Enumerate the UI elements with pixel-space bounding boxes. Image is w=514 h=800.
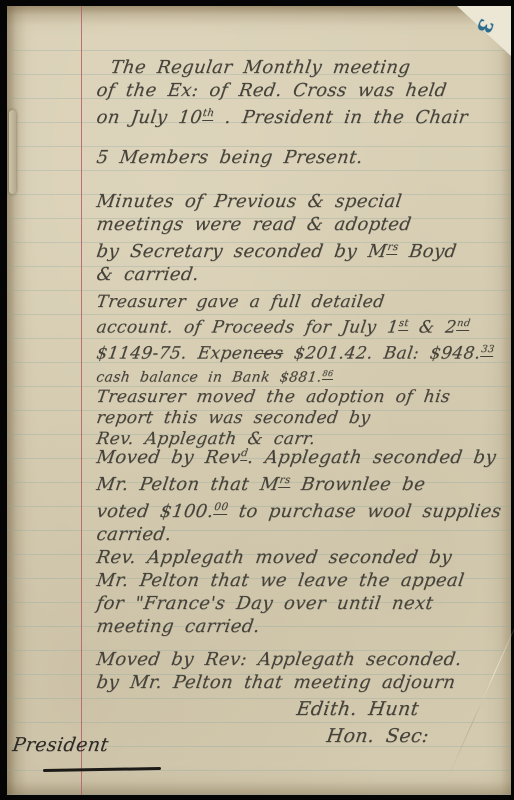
handwritten-line: meeting carried.: [95, 615, 506, 638]
handwritten-line: Rev. Applegath moved seconded by: [95, 546, 506, 569]
handwritten-line: Mr. Pelton that we leave the appeal: [95, 569, 506, 592]
handwritten-line: 5 Members being Present.: [95, 146, 506, 169]
handwritten-line: Treasurer moved the adoption of his: [95, 387, 506, 408]
handwritten-line: meetings were read & adopted: [95, 213, 506, 236]
handwritten-line: on July 10th . President in the Chair: [95, 102, 507, 129]
handwritten-line: Moved by Rev: Applegath seconded.: [95, 648, 506, 671]
paragraph-president: President: [11, 734, 503, 757]
handwritten-line: Moved by Revd. Applegath seconded by: [95, 442, 507, 469]
notebook-page: 3 The Regular Monthly meetingof the Ex: …: [7, 6, 511, 795]
page-text: The Regular Monthly meetingof the Ex: of…: [7, 6, 511, 795]
handwritten-line: Treasurer gave a full detailed: [95, 292, 506, 313]
handwritten-line: voted $100.00 to purchase wool supplies: [95, 496, 507, 523]
handwritten-line: for "France's Day over until next: [95, 592, 506, 615]
paragraph-minutes-adopted: Minutes of Previous & specialmeetings we…: [95, 190, 503, 286]
handwritten-line: account. of Proceeds for July 1st & 2nd: [95, 313, 507, 339]
handwritten-line: report this was seconded by: [95, 408, 506, 429]
handwritten-line: The Regular Monthly meeting: [109, 56, 506, 79]
handwritten-line: Mr. Pelton that Mrs Brownlee be: [95, 469, 507, 496]
paragraph-treasurer-report: Treasurer gave a full detailedaccount. o…: [95, 292, 503, 450]
handwritten-line: by Secretary seconded by Mrs Boyd: [95, 236, 507, 263]
paragraph-attendance: 5 Members being Present.: [95, 146, 503, 169]
paragraph-france-day: Rev. Applegath moved seconded byMr. Pelt…: [95, 546, 503, 638]
handwritten-line: Minutes of Previous & special: [95, 190, 506, 213]
handwritten-line: $1149-75. Expences $201.42. Bal: $948.33: [95, 339, 507, 365]
paragraph-wool-grant: Moved by Revd. Applegath seconded byMr. …: [95, 442, 503, 546]
paragraph-adjournment: Moved by Rev: Applegath seconded.by Mr. …: [95, 648, 503, 694]
handwritten-line: cash balance in Bank $881.86: [95, 364, 506, 387]
handwritten-line: of the Ex: of Red. Cross was held: [95, 79, 506, 102]
handwritten-line: carried.: [95, 523, 506, 546]
handwritten-line: President: [11, 734, 506, 757]
handwritten-line: by Mr. Pelton that meeting adjourn: [95, 671, 506, 694]
paragraph-opening: The Regular Monthly meetingof the Ex: of…: [95, 56, 503, 129]
handwritten-line: & carried.: [95, 263, 506, 286]
handwritten-line: Edith. Hunt: [295, 698, 506, 721]
photo-frame: 3 The Regular Monthly meetingof the Ex: …: [0, 0, 514, 800]
